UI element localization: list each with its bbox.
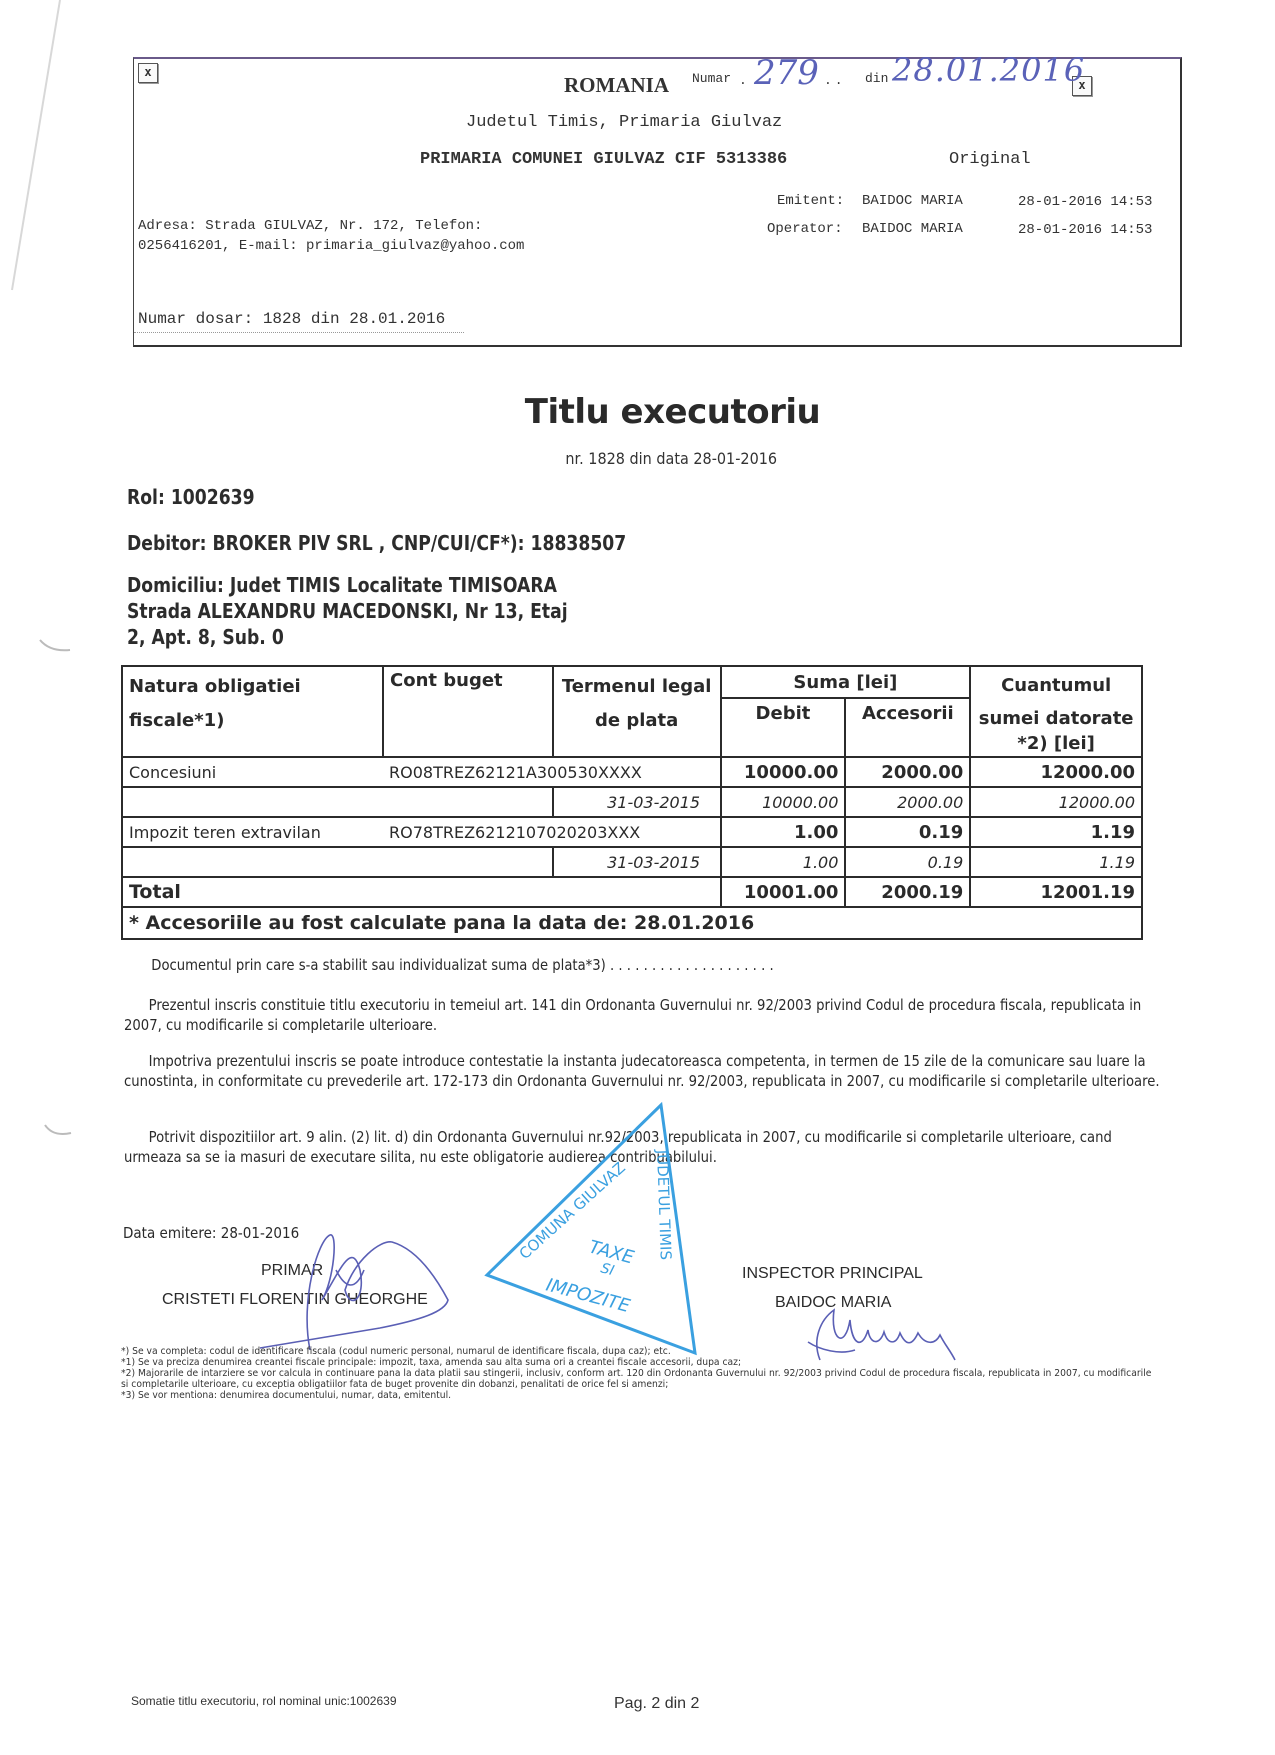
address-line: 0256416201, E-mail: primaria_giulvaz@yah… <box>138 238 524 254</box>
svg-text:IMPOZITE: IMPOZITE <box>544 1275 633 1318</box>
footnote: *2) Majorarile de intarziere se vor calc… <box>121 1368 1151 1379</box>
domiciliu-line: Domiciliu: Judet TIMIS Localitate TIMISO… <box>127 573 557 597</box>
header-termen: Termenul legalde plata <box>553 666 721 757</box>
footnote: *3) Se vor mentiona: denumirea documentu… <box>121 1390 451 1401</box>
cell-debit: 10000.00 <box>721 757 846 787</box>
table-row: ConcesiuniRO08TREZ62121A300530XXXX10000.… <box>122 757 1142 787</box>
cell-termen: 31-03-2015 <box>553 787 721 817</box>
cell-natura: Impozit teren extravilan <box>122 817 383 847</box>
header-natura: Natura obligatieifiscale*1) <box>122 666 383 757</box>
paragraph-contestation: Impotriva prezentului inscris se poate i… <box>124 1051 1162 1091</box>
header-debit: Debit <box>721 698 846 757</box>
cell-accesorii: 2000.00 <box>845 757 970 787</box>
operator-datetime: 28-01-2016 14:53 <box>1018 222 1152 238</box>
din-label: din <box>865 71 888 86</box>
cell-accesorii: 2000.00 <box>845 787 970 817</box>
footnote: *) Se va completa: codul de identificare… <box>121 1346 671 1357</box>
domiciliu-line: 2, Apt. 8, Sub. 0 <box>127 625 284 649</box>
header-cuantum: Cuantumulsumei datorate*2) [lei] <box>970 666 1142 757</box>
cell-termen: 31-03-2015 <box>553 847 721 877</box>
cell-cuantum: 1.19 <box>970 847 1142 877</box>
table-row: 31-03-20151.000.191.19 <box>122 847 1142 877</box>
cell-cuantum: 12000.00 <box>970 787 1142 817</box>
cell-cuantum: 1.19 <box>970 817 1142 847</box>
paragraph-document-source: Documentul prin care s-a stabilit sau in… <box>124 955 1039 975</box>
table-row: 31-03-201510000.002000.0012000.00 <box>122 787 1142 817</box>
inspector-name: BAIDOC MARIA <box>775 1294 891 1312</box>
close-icon[interactable]: x <box>138 63 158 83</box>
cell-natura: Concesiuni <box>122 757 383 787</box>
operator-name: BAIDOC MARIA <box>862 221 963 237</box>
cell-cont: RO78TREZ6212107020203XXX <box>383 817 721 847</box>
emitent-datetime: 28-01-2016 14:53 <box>1018 194 1152 210</box>
svg-text:TAXE: TAXE <box>587 1237 637 1269</box>
numar-label: Numar <box>692 71 731 86</box>
paragraph-audit: Potrivit dispozitiilor art. 9 alin. (2) … <box>124 1127 1162 1167</box>
paragraph-legal-basis: Prezentul inscris constituie titlu execu… <box>124 995 1162 1035</box>
debitor-info: Debitor: BROKER PIV SRL , CNP/CUI/CF*): … <box>127 531 626 555</box>
total-cuantum: 12001.19 <box>970 877 1142 907</box>
dosar-number: Numar dosar: 1828 din 28.01.2016 <box>138 310 445 328</box>
operator-label: Operator: <box>767 221 843 237</box>
cell-debit: 1.00 <box>721 817 846 847</box>
accesorii-note: * Accesoriile au fost calculate pana la … <box>122 907 1142 939</box>
cell-debit: 1.00 <box>721 847 846 877</box>
cell-empty <box>122 847 553 877</box>
footnote: si completarile ulterioare, cu exceptia … <box>121 1379 668 1390</box>
header-box: x x ROMANIA Numar . 279 .. din 28.01.201… <box>133 57 1182 347</box>
svg-text:COMUNA GIULVAZ: COMUNA GIULVAZ <box>516 1159 629 1263</box>
cell-debit: 10000.00 <box>721 787 846 817</box>
obligations-table: Natura obligatieifiscale*1) Cont buget T… <box>121 665 1143 940</box>
svg-text:SI: SI <box>599 1260 616 1279</box>
cell-cont: RO08TREZ62121A300530XXXX <box>383 757 721 787</box>
header-cont: Cont buget <box>383 666 553 757</box>
document-subtitle: nr. 1828 din data 28-01-2016 <box>64 449 1212 468</box>
copy-type: Original <box>949 150 1031 169</box>
inspector-title: INSPECTOR PRINCIPAL <box>742 1265 923 1283</box>
inspector-signature <box>808 1310 955 1360</box>
table-row: Impozit teren extravilanRO78TREZ62121070… <box>122 817 1142 847</box>
institution-line: PRIMARIA COMUNEI GIULVAZ CIF 5313386 <box>420 150 787 169</box>
county-line: Judetul Timis, Primaria Giulvaz <box>466 113 782 132</box>
cell-cuantum: 12000.00 <box>970 757 1142 787</box>
primar-name: CRISTETI FLORENTIN GHEORGHE <box>162 1291 428 1309</box>
rol-number: Rol: 1002639 <box>127 485 255 509</box>
cell-accesorii: 0.19 <box>845 847 970 877</box>
header-suma: Suma [lei] <box>721 666 971 698</box>
cell-empty <box>122 787 553 817</box>
domiciliu-line: Strada ALEXANDRU MACEDONSKI, Nr 13, Etaj <box>127 599 568 623</box>
emitent-name: BAIDOC MARIA <box>862 193 963 209</box>
numar-handwritten: 279 <box>754 53 819 93</box>
total-accesorii: 2000.19 <box>845 877 970 907</box>
page-number: Pag. 2 din 2 <box>614 1695 699 1713</box>
issue-date: Data emitere: 28-01-2016 <box>123 1224 299 1242</box>
primar-title: PRIMAR <box>261 1262 323 1280</box>
cell-accesorii: 0.19 <box>845 817 970 847</box>
total-debit: 10001.00 <box>721 877 846 907</box>
country-label: ROMANIA <box>564 73 669 98</box>
total-label: Total <box>122 877 721 907</box>
emitent-label: Emitent: <box>777 193 844 209</box>
document-title: Titlu executoriu <box>0 392 1275 432</box>
footnote: *1) Se va preciza denumirea creantei fis… <box>121 1357 741 1368</box>
total-row: Total 10001.00 2000.19 12001.19 <box>122 877 1142 907</box>
address-line: Adresa: Strada GIULVAZ, Nr. 172, Telefon… <box>138 218 482 234</box>
page-footer-title: Somatie titlu executoriu, rol nominal un… <box>131 1694 397 1708</box>
header-accesorii: Accesorii <box>845 698 970 757</box>
date-handwritten: 28.01.2016 <box>892 51 1085 89</box>
